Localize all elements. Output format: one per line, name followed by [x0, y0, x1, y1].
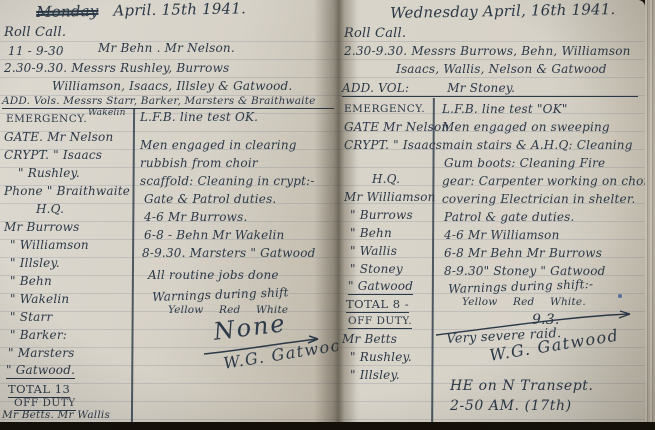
emergency-label: EMERGENCY.: [6, 113, 87, 125]
off-duty-label: OFF DUTY.: [348, 315, 412, 329]
off-duty-names: Mr Betts. Mr Wallis: [2, 409, 110, 421]
note-line: Gum boots: Cleaning Fire: [444, 156, 605, 170]
note-line: 6-8 Mr Behn Mr Burrows: [444, 246, 602, 260]
post-line: CRYPT. " Isaacs: [4, 148, 102, 162]
post-line: " Rushley.: [18, 166, 80, 180]
off-duty-line: " Illsley.: [350, 368, 400, 382]
page-edges: [645, 0, 655, 424]
note-line: 4-6 Mr Burrows.: [144, 210, 247, 224]
note-line: Men engaged on sweeping: [442, 120, 610, 134]
post-line: GATE. Mr Nelson: [4, 130, 113, 144]
post-line: " Illsley.: [10, 256, 60, 270]
post-line: GATE Mr Nelson: [344, 120, 449, 134]
note-line: main stairs & A.H.Q: Cleaning: [442, 138, 633, 152]
post-line: " Stoney: [350, 262, 403, 276]
roll-line: 2.30-9.30. Messrs Burrows, Behn, William…: [344, 44, 631, 58]
note-line: 8-9.30. Marsters " Gatwood: [142, 246, 316, 260]
off-duty-line: Mr Betts: [342, 332, 397, 346]
post-line: Phone " Braithwaite: [4, 184, 130, 198]
emergency-label: EMERGENCY.: [344, 103, 425, 115]
note-line: Gate & Patrol duties.: [144, 192, 276, 206]
note-line: All routine jobs done: [148, 268, 279, 282]
hq-label: H.Q.: [372, 172, 400, 186]
post-line: " Wakelin: [10, 292, 69, 306]
note-line: rubbish from choir: [140, 156, 258, 170]
ink-blot-mark: [618, 294, 622, 298]
struck-day: Monday: [36, 2, 99, 21]
post-line: " Wallis: [350, 244, 397, 258]
note-line: 4-6 Mr Williamson: [444, 228, 560, 242]
right-page-header: Wednesday April, 16th 1941.: [390, 0, 616, 22]
roll-line: Isaacs, Wallis, Nelson & Gatwood: [396, 62, 607, 76]
roll-time: 11 - 9-30: [8, 44, 64, 58]
post-line: CRYPT. " Isaacs.: [344, 138, 446, 152]
off-duty-line: " Rushley.: [350, 350, 412, 364]
note-line: gear: Carpenter working on choir: [442, 174, 654, 188]
note-line: covering Electrician in shelter.: [442, 192, 635, 206]
total-line: TOTAL 8 -: [346, 297, 409, 313]
warnings-line: Warnings during shift:-: [448, 277, 593, 296]
add-vol-name: Mr Stoney.: [447, 81, 515, 95]
post-line: " Starr: [10, 310, 52, 324]
post-line: " Barker:: [10, 328, 67, 342]
warnings-line: Warnings during shift: [152, 285, 289, 304]
left-page: Monday April. 15th 1941. Roll Call. 11 -…: [0, 0, 338, 424]
note-line: 8-9.30" Stoney " Gatwood: [444, 264, 606, 278]
add-vols-line: ADD. Vols. Messrs Starr, Barker, Marster…: [2, 95, 334, 109]
roll-names: Mr Behn . Mr Nelson.: [98, 41, 235, 55]
right-page: Wednesday April, 16th 1941. Roll Call. 2…: [338, 0, 645, 424]
post-line: " Williamson: [10, 238, 89, 252]
note-line: L.F.B. line test OK.: [140, 110, 258, 124]
post-line: " Gatwood.: [6, 363, 75, 379]
column-divider: [131, 108, 135, 424]
roll-line: Williamson, Isaacs, Illsley & Gatwood.: [52, 79, 292, 93]
post-line: H.Q.: [36, 202, 64, 216]
add-vols-insert: Wakelin: [88, 108, 126, 118]
post-line: " Burrows: [350, 208, 413, 222]
total-line: TOTAL 13: [8, 382, 70, 398]
photo-bottom-edge: [0, 422, 655, 430]
warnings-colors: Yellow Red White.: [462, 296, 586, 308]
post-line: Mr Williamson: [344, 190, 436, 204]
post-line: Mr Burrows: [4, 220, 80, 234]
roll-call-label: Roll Call.: [4, 25, 66, 40]
incident-time: 2-50 AM. (17th): [450, 398, 572, 414]
notebook-photo: Monday April. 15th 1941. Roll Call. 11 -…: [0, 0, 655, 430]
add-vol-line: ADD. VOL: Mr Stoney.: [342, 81, 638, 97]
roll-call-label: Roll Call.: [344, 26, 406, 41]
post-line: " Behn: [10, 274, 52, 288]
left-date: April. 15th 1941.: [113, 0, 246, 20]
post-line: " Marsters: [8, 346, 75, 360]
note-line: L.F.B. line test "OK": [442, 102, 568, 116]
incident-note: HE on N Transept.: [450, 378, 594, 394]
roll-line: 2.30-9.30. Messrs Rushley, Burrows: [4, 61, 229, 75]
post-line: " Gatwood: [348, 279, 413, 295]
left-page-header: Monday April. 15th 1941.: [36, 0, 246, 21]
post-line: " Behn: [350, 226, 392, 240]
note-line: Patrol & gate duties.: [444, 210, 575, 224]
note-line: Men engaged in clearing: [140, 138, 297, 152]
note-line: 6-8 - Behn Mr Wakelin: [144, 228, 284, 242]
add-vol-label: ADD. VOL:: [342, 81, 409, 95]
note-line: scaffold: Cleaning in crypt:-: [140, 174, 315, 188]
